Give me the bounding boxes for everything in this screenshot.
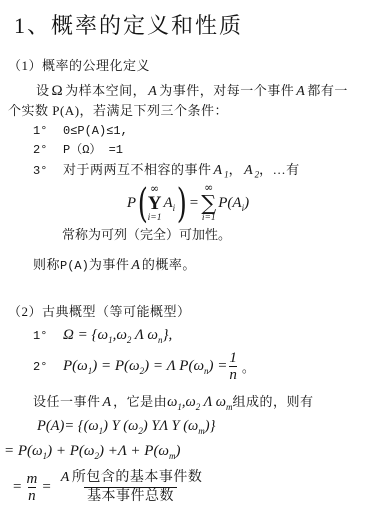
classical-item-1: 1° Ω = {ω1,ω2 Λ ωn}, — [33, 327, 368, 344]
p-of-a: P(A) — [60, 258, 89, 275]
text-run: Λ ω — [131, 327, 158, 343]
index-from: i=1 — [202, 213, 216, 224]
event-a-symbol: A — [146, 84, 159, 99]
numerator: A所包含的基本事件数 — [56, 469, 206, 487]
text-run: 的概率。 — [142, 256, 196, 273]
equals-sign: = — [39, 479, 53, 496]
text-run: ) YΛ Y (ω — [143, 418, 198, 434]
period: 。 — [242, 357, 256, 376]
fraction-event-counts: A所包含的基本事件数 基本事件总数 — [56, 469, 206, 506]
item-number: 2° — [33, 143, 63, 158]
fraction-m-over-n: mn — [26, 471, 37, 504]
axiom-intro-line-1: 设Ω为样本空间，A为事件，对每一个事件A都有一 — [36, 81, 368, 101]
subscript: i — [173, 203, 176, 213]
countable-additivity-formula: P ( ∞ Y i=1 Ai ) = ∞ ∑ i=1 P(Ai) — [28, 183, 348, 224]
text-run: ， — [229, 162, 243, 177]
text-run: )} — [205, 418, 216, 434]
probability-of-ai: P(Ai) — [216, 195, 251, 212]
text-run: ，…有 — [259, 162, 300, 177]
denominator: n — [229, 366, 237, 383]
omega-symbol: Ω — [50, 83, 66, 99]
denominator: n — [28, 487, 36, 504]
classical-probability-formula: = mn = A所包含的基本事件数 基本事件总数 — [10, 469, 368, 506]
text-run: ,ω — [113, 327, 127, 343]
equals-sign: = — [187, 195, 201, 212]
text-run: 设 — [36, 83, 50, 98]
text-run: ,ω — [182, 394, 196, 410]
axiom-3-text: 对于两两互不相容的事件A1，A2，…有 — [63, 162, 300, 178]
item-number: 1° — [33, 329, 63, 343]
text-run: }, — [163, 327, 173, 343]
event-a2-symbol: A — [242, 163, 255, 178]
text-run: ) = Λ P(ω — [144, 358, 204, 374]
text-run: = P(ω — [4, 443, 43, 459]
item-number: 2° — [33, 360, 63, 374]
event-a-symbol: A — [294, 84, 307, 99]
fraction-1-over-n: 1n — [229, 350, 237, 383]
numerator: 1 — [229, 350, 237, 366]
event-a-symbol: A — [101, 393, 114, 412]
text-run: ) = P(ω — [92, 358, 139, 374]
page-title: 1、概率的定义和性质 — [14, 12, 368, 40]
text-run: Ω = {ω — [63, 327, 108, 343]
item-number: 3° — [33, 164, 63, 179]
axiom-3: 3° 对于两两互不相容的事件A1，A2，…有 — [33, 162, 368, 179]
text-run: ) — [244, 195, 249, 211]
axiom-intro-line-2: 个实数 P(A)，若满足下列三个条件： — [8, 101, 368, 120]
sum-operator: ∞ ∑ i=1 — [201, 183, 216, 224]
sigma-symbol: ∑ — [201, 193, 216, 213]
document-page: 1、概率的定义和性质 （1）概率的公理化定义 设Ω为样本空间，A为事件，对每一个… — [0, 0, 374, 506]
text-run: 则称 — [33, 256, 60, 273]
text-run: 对于两两互不相容的事件 — [63, 162, 212, 177]
infinity-symbol: ∞ — [150, 184, 159, 194]
right-paren: ) — [177, 184, 187, 224]
axiom-2: 2° P（Ω） =1 — [33, 143, 368, 158]
text-run: 所包含的基本事件数 — [72, 470, 203, 485]
text-run: ) Y (ω — [103, 418, 138, 434]
index-from: i=1 — [148, 213, 162, 224]
numerator: m — [26, 471, 37, 487]
event-ai-symbol: Ai — [161, 195, 177, 212]
text-run: ) +Λ + P(ω — [99, 443, 169, 459]
text-run: A — [163, 195, 172, 211]
axiom-1: 1° 0≤P(A)≤1, — [33, 124, 368, 139]
text-run: Λ ω — [200, 394, 226, 410]
event-a1-symbol: A — [212, 163, 225, 178]
probability-conclusion: 则称 P(A)为事件A的概率。 — [33, 256, 368, 275]
item-number: 1° — [33, 124, 63, 139]
text-run: ω — [167, 394, 177, 410]
probability-p-symbol: P — [125, 195, 138, 212]
denominator: 基本事件总数 — [84, 487, 177, 506]
section-1-heading: （1）概率的公理化定义 — [8, 55, 368, 74]
union-symbol: Y — [148, 194, 162, 213]
union-operator: ∞ Y i=1 — [148, 184, 162, 224]
axiom-1-text: 0≤P(A)≤1, — [63, 124, 128, 139]
probability-sum-formula: = P(ω1) + P(ω2) +Λ + P(ωm) — [4, 442, 368, 460]
left-paren: ( — [138, 184, 148, 224]
omega-list: ω1,ω2 Λ ωm — [167, 393, 232, 411]
axiom-2-text: P（Ω） =1 — [63, 143, 123, 158]
text-run: P(ω — [63, 358, 88, 374]
section-2-heading: （2）古典概型（等可能概型） — [8, 301, 368, 320]
text-run: 都有一 — [307, 83, 348, 98]
equal-probability-formula: P(ω1) = P(ω2) = Λ P(ωn) = — [63, 358, 227, 375]
text-run: ) = — [209, 358, 228, 374]
text-run: ) — [176, 443, 181, 459]
sample-space-formula: Ω = {ω1,ω2 Λ ωn}, — [63, 327, 172, 344]
additivity-note: 常称为可列（完全）可加性。 — [62, 226, 368, 243]
event-a-symbol: A — [129, 257, 142, 274]
equals-sign: = — [10, 479, 24, 496]
text-run: P(A)= {(ω — [37, 418, 99, 434]
event-a-symbol: A — [59, 470, 72, 485]
event-composition-paragraph: 设任一事件A，它是由ω1,ω2 Λ ωm组成的，则有 — [33, 392, 368, 412]
event-union-formula: P(A)= {(ω1) Y (ω2) YΛ Y (ωm)} — [37, 417, 368, 435]
classical-item-2: 2° P(ω1) = P(ω2) = Λ P(ωn) = 1n 。 — [33, 350, 368, 383]
text-run: 组成的，则有 — [232, 392, 313, 411]
text-run: ) + P(ω — [47, 443, 94, 459]
text-run: ，它是由 — [113, 392, 167, 411]
text-run: 为样本空间， — [65, 83, 146, 98]
text-run: 设任一事件 — [33, 392, 101, 411]
text-run: 为事件，对每一个事件 — [159, 83, 294, 98]
text-run: P(A — [218, 195, 241, 211]
text-run: 为事件 — [89, 256, 130, 273]
